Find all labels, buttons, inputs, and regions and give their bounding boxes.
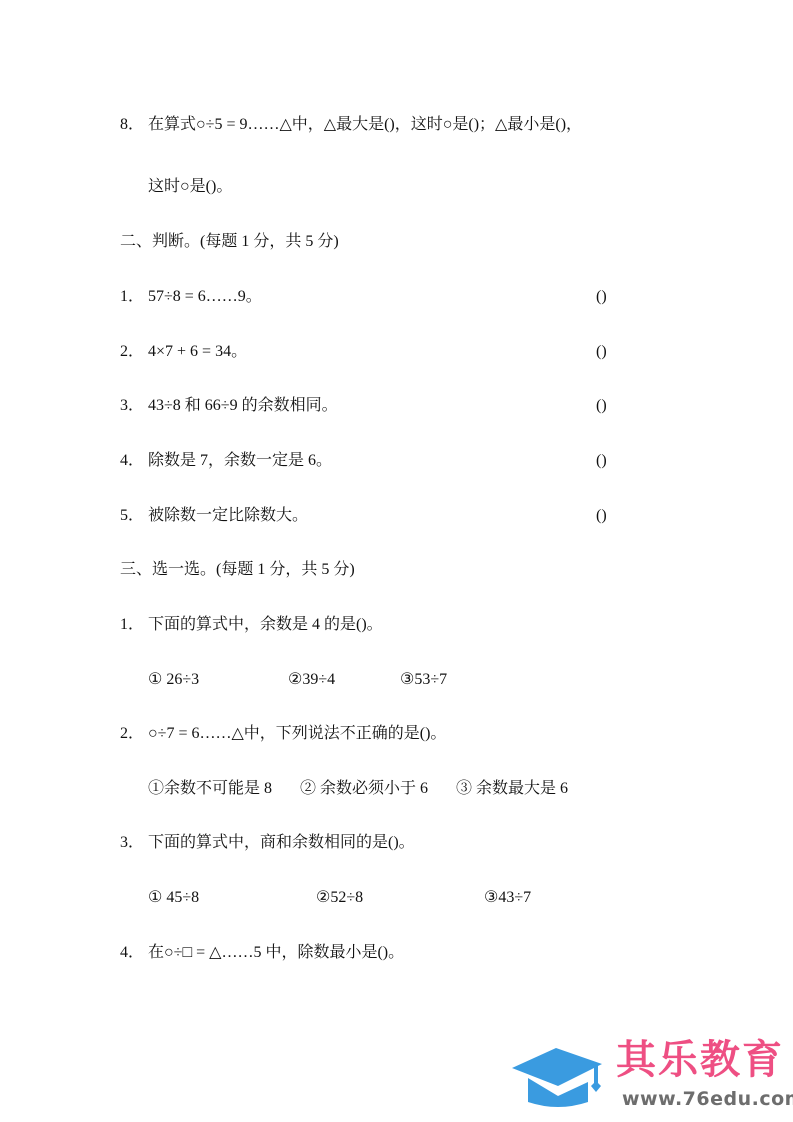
item-text: 43÷8 和 66÷9 的余数相同。 [148,394,338,418]
question-text: 下面的算式中，商和余数相同的是()。 [148,831,415,855]
item-number: 5． [120,504,144,528]
question-number: 8． [120,113,144,137]
option-2[interactable]: ②39÷4 [288,668,335,692]
question-number: 4． [120,941,144,965]
question-text: ○÷7 = 6……△中，下列说法不正确的是()。 [148,722,446,746]
question-text-continued: 这时○是()。 [148,175,232,199]
answer-blank[interactable]: () [596,449,607,473]
question-number: 3． [120,831,144,855]
item-number: 3． [120,394,144,418]
answer-blank[interactable]: () [596,394,607,418]
option-1[interactable]: ①余数不可能是 8 [148,777,272,801]
item-number: 1． [120,285,144,309]
brand-title: 其乐教育 [616,1036,784,1084]
item-text: 被除数一定比除数大。 [148,504,308,528]
question-text: 在○÷□ = △……5 中，除数最小是()。 [148,941,404,965]
graduation-cap-icon [508,1044,608,1108]
answer-blank[interactable]: () [596,285,607,309]
question-number: 1． [120,613,144,637]
option-3[interactable]: ③53÷7 [400,668,447,692]
brand-url: www.76edu.com [622,1087,793,1111]
item-text: 4×7 + 6 = 34。 [148,340,247,364]
section-heading: 三、选一选。(每题 1 分，共 5 分) [120,558,355,582]
answer-blank[interactable]: () [596,504,607,528]
item-number: 4． [120,449,144,473]
option-3[interactable]: ③ 余数最大是 6 [456,777,568,801]
option-2[interactable]: ② 余数必须小于 6 [300,777,428,801]
watermark-logo: 其乐教育 www.76edu.com [508,1040,793,1120]
item-text: 57÷8 = 6……9。 [148,285,262,309]
option-1[interactable]: ① 26÷3 [148,668,199,692]
option-2[interactable]: ②52÷8 [316,886,363,910]
option-3[interactable]: ③43÷7 [484,886,531,910]
option-1[interactable]: ① 45÷8 [148,886,199,910]
question-text: 下面的算式中，余数是 4 的是()。 [148,613,383,637]
answer-blank[interactable]: () [596,340,607,364]
item-number: 2． [120,340,144,364]
section-heading: 二、判断。(每题 1 分，共 5 分) [120,230,339,254]
item-text: 除数是 7，余数一定是 6。 [148,449,332,473]
question-number: 2． [120,722,144,746]
question-text: 在算式○÷5 = 9……△中，△最大是()，这时○是()；△最小是()， [148,113,582,137]
